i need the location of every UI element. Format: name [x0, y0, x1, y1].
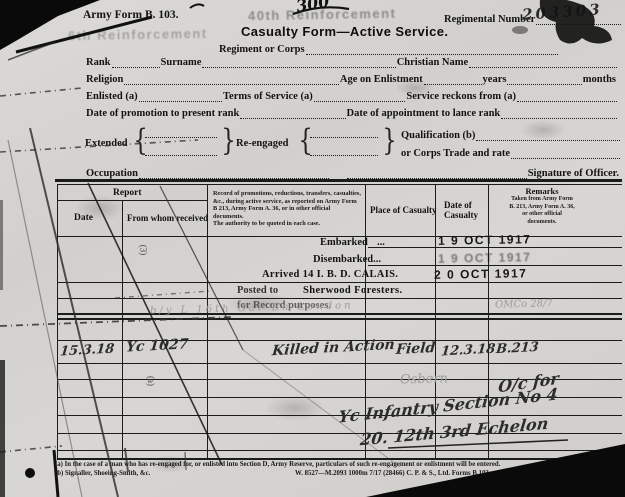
diagonal-crease	[88, 183, 222, 465]
casualty-form-page: Army Form B. 103. 40th Reinforcement 300…	[0, 0, 625, 497]
diagonal-crease	[243, 350, 400, 467]
pen-tick	[190, 4, 204, 8]
edge-streak	[0, 200, 3, 290]
corner-wedge	[366, 444, 625, 497]
footnote-b-blot	[25, 468, 35, 478]
fold-line	[0, 317, 232, 326]
scan-artifacts-overlay	[0, 0, 625, 497]
bottom-mark	[54, 450, 58, 497]
fold-line	[115, 291, 210, 298]
pen-stroke	[8, 42, 55, 60]
bottom-mark	[125, 448, 128, 472]
fold-line	[0, 140, 198, 152]
ink-blot	[540, 0, 612, 44]
ink-spot	[512, 26, 528, 34]
scribble-underline	[293, 7, 349, 14]
bottom-mark	[185, 452, 186, 470]
fold-line	[0, 88, 82, 96]
diagonal-crease	[160, 186, 243, 350]
handwriting-underline	[388, 440, 568, 448]
edge-streak	[0, 360, 5, 497]
